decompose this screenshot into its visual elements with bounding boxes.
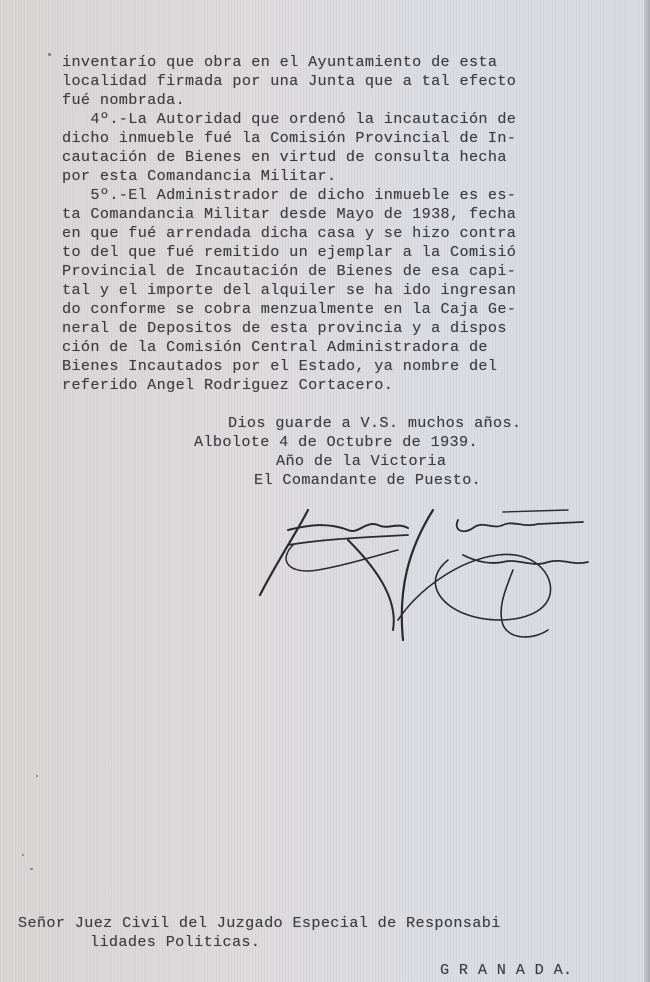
addressee-city: G R A N A D A. <box>440 961 573 980</box>
signer-title: El Comandante de Puesto. <box>254 471 481 490</box>
body-line: en que fué arrendada dicha casa y se hiz… <box>62 224 516 243</box>
paper-speck <box>48 53 51 56</box>
body-line: 4º.-La Autoridad que ordenó la incautaci… <box>62 110 516 129</box>
body-line: inventarío que obra en el Ayuntamiento d… <box>62 53 497 72</box>
body-line: fué nombrada. <box>62 91 185 110</box>
body-line: ta Comandancia Militar desde Mayo de 193… <box>62 205 516 224</box>
body-line: cautación de Bienes en virtud de consult… <box>62 148 507 167</box>
body-line: localidad firmada por una Junta que a ta… <box>62 72 516 91</box>
body-line: ción de la Comisión Central Administrado… <box>62 338 488 357</box>
paper-speck <box>36 775 38 777</box>
page-edge <box>644 0 650 982</box>
year-motto: Año de la Victoria <box>276 452 446 471</box>
body-line: neral de Depositos de esta provincia y a… <box>62 319 507 338</box>
salutation: Dios guarde a V.S. muchos años. <box>228 414 521 433</box>
body-line: to del que fué remitido un ejemplar a la… <box>62 243 516 262</box>
body-line: tal y el importe del alquiler se ha ido … <box>62 281 516 300</box>
handwritten-signature <box>248 500 593 645</box>
body-line: Provincial de Incautación de Bienes de e… <box>62 262 516 281</box>
body-line: do conforme se cobra menzualmente en la … <box>62 300 516 319</box>
body-line: por esta Comandancia Militar. <box>62 167 336 186</box>
paper-speck <box>22 854 24 856</box>
body-line: 5º.-El Administrador de dicho inmueble e… <box>62 186 516 205</box>
addressee-line: Señor Juez Civil del Juzgado Especial de… <box>18 914 501 933</box>
body-line: dicho inmueble fué la Comisión Provincia… <box>62 129 516 148</box>
paper-speck <box>30 868 33 870</box>
place-date: Albolote 4 de Octubre de 1939. <box>194 433 478 452</box>
addressee-line: lidades Politicas. <box>90 933 260 952</box>
body-line: Bienes Incautados por el Estado, ya nomb… <box>62 357 497 376</box>
body-line: referido Angel Rodriguez Cortacero. <box>62 376 393 395</box>
